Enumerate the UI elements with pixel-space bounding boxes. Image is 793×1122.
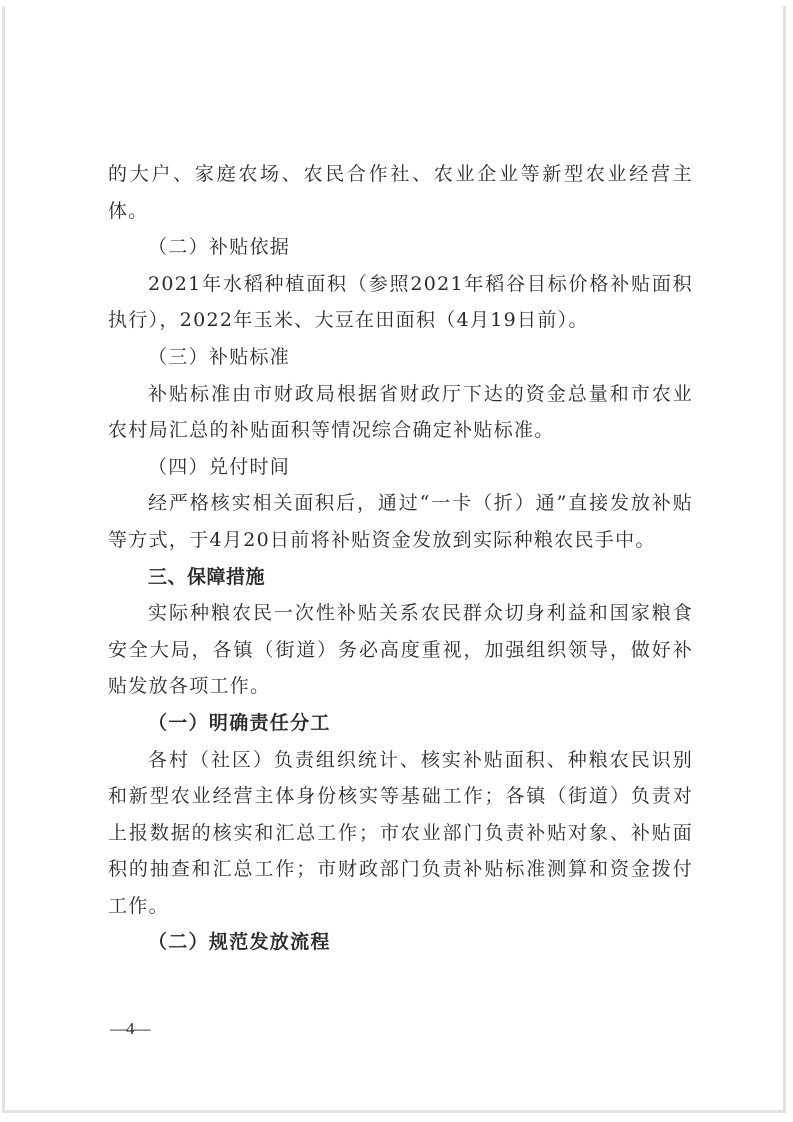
document-page: 的大户、家庭农场、农民合作社、农业企业等新型农业经营主体。 （二）补贴依据 20… bbox=[2, 6, 786, 1113]
subheading-payment-time: （四）兑付时间 bbox=[108, 449, 693, 486]
paragraph-safeguards: 实际种粮农民一次性补贴关系农民群众切身利益和国家粮食安全大局，各镇（街道）务必高… bbox=[108, 595, 693, 705]
paragraph-responsibilities: 各村（社区）负责组织统计、核实补贴面积、种粮农民识别和新型农业经营主体身份核实等… bbox=[108, 742, 693, 925]
subheading-subsidy-standard: （三）补贴标准 bbox=[108, 339, 693, 376]
paragraph-subsidy-standard: 补贴标准由市财政局根据省财政厅下达的资金总量和市农业农村局汇总的补贴面积等情况综… bbox=[108, 376, 693, 449]
subheading-process: （二）规范发放流程 bbox=[108, 924, 693, 961]
page-number: —4— bbox=[110, 1019, 150, 1039]
paragraph-subsidy-basis: 2021年水稻种植面积（参照2021年稻谷目标价格补贴面积执行），2022年玉米… bbox=[108, 266, 693, 339]
paragraph-payment-time: 经严格核实相关面积后，通过“一卡（折）通”直接发放补贴等方式，于4月20日前将补… bbox=[108, 485, 693, 558]
paragraph-continuation: 的大户、家庭农场、农民合作社、农业企业等新型农业经营主体。 bbox=[108, 156, 693, 229]
subheading-responsibilities: （一）明确责任分工 bbox=[108, 705, 693, 742]
subheading-subsidy-basis: （二）补贴依据 bbox=[108, 229, 693, 266]
section-heading-safeguards: 三、保障措施 bbox=[108, 559, 693, 596]
document-body: 的大户、家庭农场、农民合作社、农业企业等新型农业经营主体。 （二）补贴依据 20… bbox=[108, 156, 693, 961]
